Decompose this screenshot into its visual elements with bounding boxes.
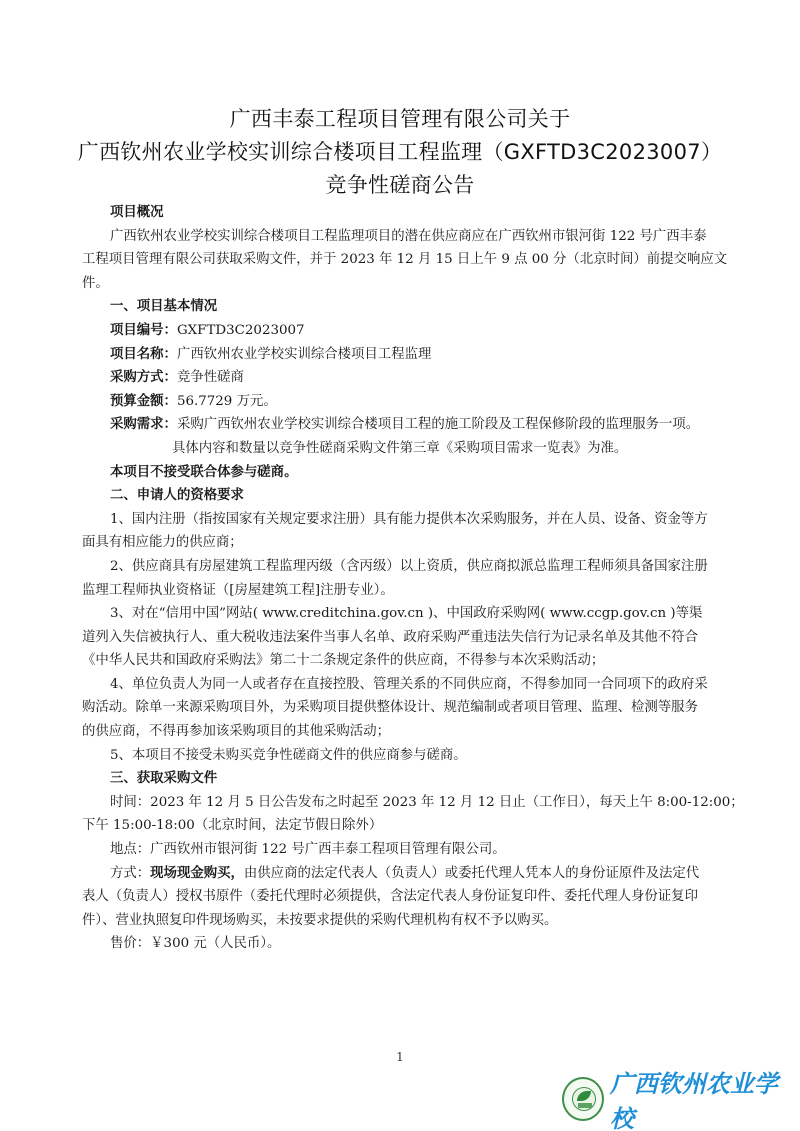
method-line-3: 件）、营业执照复印件现场购买，未按要求提供的采购代理机构有权不予以购买。 bbox=[82, 909, 727, 933]
page-number: 1 bbox=[390, 1050, 410, 1064]
method-bold: 现场现金购买， bbox=[150, 866, 244, 881]
qualification-1-line-2: 面具有相应能力的供应商； bbox=[82, 531, 727, 555]
qualification-5-line-1: 5、本项目不接受未购买竞争性磋商文件的供应商参与磋商。 bbox=[82, 744, 727, 768]
price-line: 售价：￥300 元（人民币）。 bbox=[82, 932, 727, 956]
school-name: 广西钦州农业学校 bbox=[610, 1064, 792, 1131]
overview-line-2: 工程项目管理有限公司获取采购文件，并于 2023 年 12 月 15 日上午 9… bbox=[82, 248, 727, 272]
overview-line-3: 件。 bbox=[82, 272, 727, 296]
document-page: 广西丰泰工程项目管理有限公司关于 广西钦州农业学校实训综合楼项目工程监理（GXF… bbox=[0, 0, 800, 1131]
method-line-2: 表人（负责人）授权书原件（委托代理时必须提供，含法定代表人身份证复印件、委托代理… bbox=[82, 885, 727, 909]
field-label: 项目编号： bbox=[110, 323, 177, 338]
title-line-3: 竞争性磋商公告 bbox=[60, 169, 740, 199]
qualification-3-line-1: 3、对在“信用中国”网站( www.creditchina.gov.cn )、中… bbox=[82, 602, 727, 626]
method-line-1: 方式：现场现金购买，由供应商的法定代表人（负责人）或委托代理人凭本人的身份证原件… bbox=[82, 862, 727, 886]
field-value: 广西钦州农业学校实训综合楼项目工程监理 bbox=[177, 347, 431, 362]
field-label: 采购方式： bbox=[110, 370, 177, 385]
method-rest: 由供应商的法定代表人（负责人）或委托代理人凭本人的身份证原件及法定代 bbox=[244, 866, 699, 881]
title-line-2: 广西钦州农业学校实训综合楼项目工程监理（GXFTD3C2023007） bbox=[60, 136, 740, 166]
requirement-continuation: 具体内容和数量以竞争性磋商采购文件第三章《采购项目需求一览表》为准。 bbox=[82, 437, 727, 461]
qualification-2-line-2: 监理工程师执业资格证（[房屋建筑工程]注册专业）。 bbox=[82, 579, 727, 603]
section1-heading: 一、项目基本情况 bbox=[82, 295, 727, 319]
consortium-notice: 本项目不接受联合体参与磋商。 bbox=[82, 461, 727, 485]
method-label: 方式： bbox=[110, 866, 150, 881]
field-label: 预算金额： bbox=[110, 394, 177, 409]
field-value: 采购广西钦州农业学校实训综合楼项目工程的施工阶段及工程保修阶段的监理服务一项。 bbox=[177, 417, 699, 432]
overview-heading: 项目概况 bbox=[82, 201, 727, 225]
field-value: GXFTD3C2023007 bbox=[177, 323, 305, 338]
title-line-1: 广西丰泰工程项目管理有限公司关于 bbox=[60, 103, 740, 133]
qualification-3-line-3: 《中华人民共和国政府采购法》第二十二条规定条件的供应商，不得参与本次采购活动； bbox=[82, 649, 727, 673]
field-label: 采购需求： bbox=[110, 417, 177, 432]
overview-line-1: 广西钦州农业学校实训综合楼项目工程监理项目的潜在供应商应在广西钦州市银河街 12… bbox=[82, 225, 727, 249]
field-project-number: 项目编号：GXFTD3C2023007 bbox=[82, 319, 727, 343]
document-body: 项目概况 广西钦州农业学校实训综合楼项目工程监理项目的潜在供应商应在广西钦州市银… bbox=[82, 201, 727, 956]
qualification-4-line-2: 购活动。除单一来源采购项目外，为采购项目提供整体设计、规范编制或者项目管理、监理… bbox=[82, 696, 727, 720]
qualification-4-line-1: 4、单位负责人为同一人或者存在直接控股、管理关系的不同供应商，不得参加同一合同项… bbox=[82, 673, 727, 697]
qualification-1-line-1: 1、国内注册（指按国家有关规定要求注册）具有能力提供本次采购服务，并在人员、设备… bbox=[82, 508, 727, 532]
location-line: 地点：广西钦州市银河街 122 号广西丰泰工程项目管理有限公司。 bbox=[82, 838, 727, 862]
section2-heading: 二、申请人的资格要求 bbox=[82, 484, 727, 508]
field-value: 竞争性磋商 bbox=[177, 370, 244, 385]
field-label: 项目名称： bbox=[110, 347, 177, 362]
school-emblem-icon bbox=[562, 1077, 604, 1121]
school-logo: 广西钦州农业学校 bbox=[562, 1074, 792, 1124]
field-value: 56.7729 万元。 bbox=[177, 394, 277, 409]
field-procurement-method: 采购方式：竞争性磋商 bbox=[82, 366, 727, 390]
field-project-name: 项目名称：广西钦州农业学校实训综合楼项目工程监理 bbox=[82, 343, 727, 367]
qualification-4-line-3: 的供应商，不得再参加该采购项目的其他采购活动； bbox=[82, 720, 727, 744]
section3-heading: 三、获取采购文件 bbox=[82, 767, 727, 791]
field-requirement: 采购需求：采购广西钦州农业学校实训综合楼项目工程的施工阶段及工程保修阶段的监理服… bbox=[82, 413, 727, 437]
time-line-2: 下午 15:00-18:00（北京时间，法定节假日除外） bbox=[82, 814, 727, 838]
time-line-1: 时间：2023 年 12 月 5 日公告发布之时起至 2023 年 12 月 1… bbox=[82, 791, 727, 815]
field-budget: 预算金额：56.7729 万元。 bbox=[82, 390, 727, 414]
qualification-3-line-2: 道列入失信被执行人、重大税收违法案件当事人名单、政府采购严重违法失信行为记录名单… bbox=[82, 626, 727, 650]
qualification-2-line-1: 2、供应商具有房屋建筑工程监理丙级（含丙级）以上资质，供应商拟派总监理工程师须具… bbox=[82, 555, 727, 579]
